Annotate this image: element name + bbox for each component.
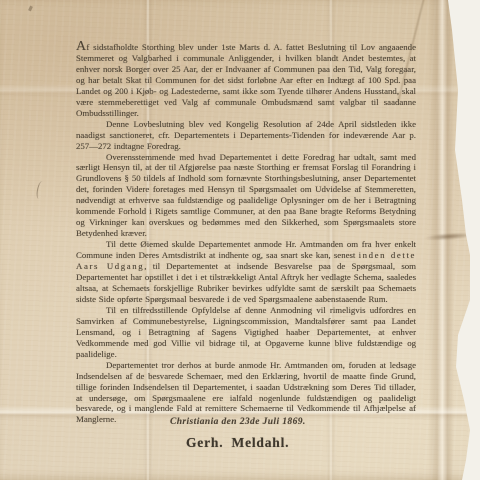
paragraph-4: Til dette Øiemed skulde Departementet an… [76,239,416,305]
paragraph-3: Overensstemmende med hvad Departementet … [76,152,416,240]
paragraph-2: Denne Lovbeslutning blev ved Kongelig Re… [76,119,416,152]
paragraph-1: Af sidstafholdte Storthing blev under 1s… [76,42,416,119]
text-segment: f sidstafholdte Storthing blev under 1st… [76,42,416,118]
dateline: Christiania den 23de Juli 1869. [170,417,306,427]
ink-squiggle-mark [36,181,45,200]
paper-sheet: Af sidstafholdte Storthing blev under 1s… [0,0,480,480]
signature: Gerh. Meldahl. [186,435,289,451]
letter-body: Af sidstafholdte Storthing blev under 1s… [76,42,416,425]
paragraph-5: Til en tilfredsstillende Opfyldelse af d… [76,305,416,360]
text-segment: Overensstemmende med hvad Departementet … [76,152,416,239]
initial-letter: A [76,39,86,54]
scanned-letter: Af sidstafholdte Storthing blev under 1s… [0,0,480,480]
text-segment: Departementet tror derhos at burde anmod… [76,360,416,425]
paragraph-6: Departementet tror derhos at burde anmod… [76,360,416,426]
text-segment: Til en tilfredsstillende Opfyldelse af d… [76,305,416,359]
text-segment: Denne Lovbeslutning blev ved Kongelig Re… [76,119,416,151]
ink-speck [28,6,33,12]
